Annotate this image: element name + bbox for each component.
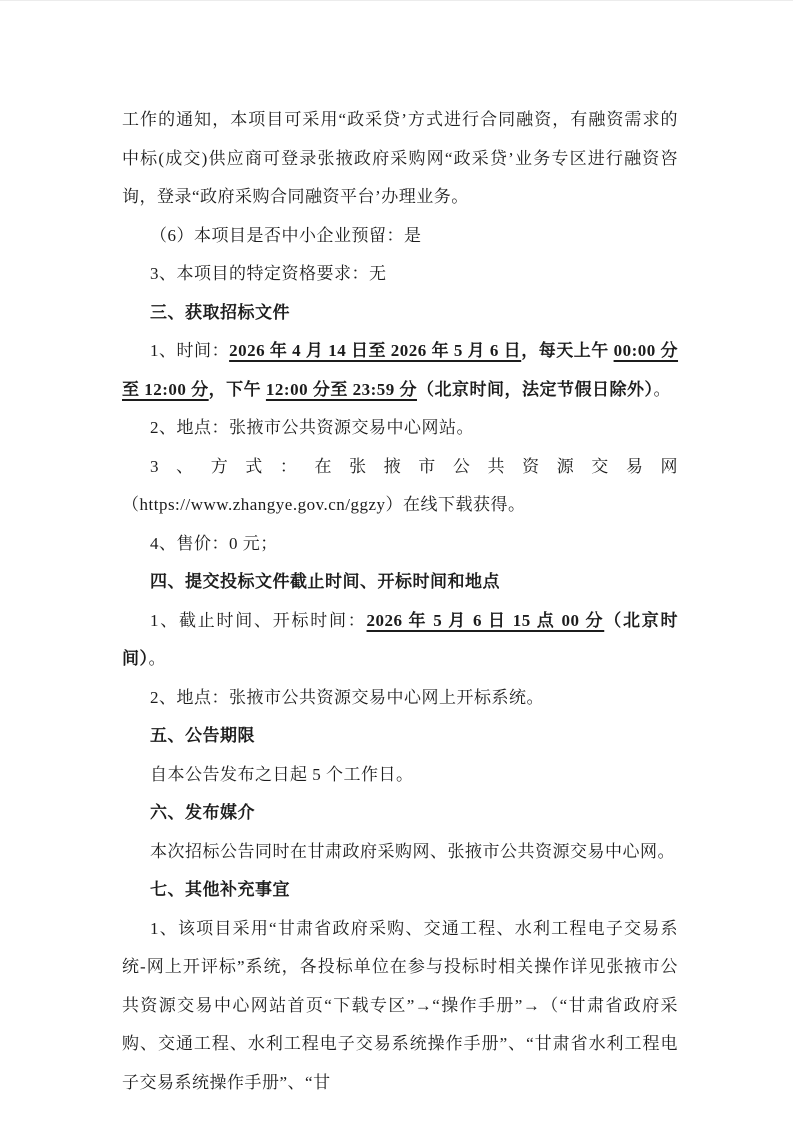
section-heading-announcement-period: 五、公告期限 — [122, 717, 678, 756]
obtain-time-mid1: ，每天上午 — [521, 341, 613, 360]
obtain-time-period: 。 — [654, 380, 672, 399]
paragraph-financing-continuation: 工作的通知，本项目可采用“政采贷’方式进行合同融资，有融资需求的中标(成交)供应… — [122, 101, 678, 217]
paragraph-deadline-time: 1、截止时间、开标时间：2026 年 5 月 6 日 15 点 00 分（北京时… — [122, 602, 678, 679]
section-heading-other-matters: 七、其他补充事宜 — [122, 871, 678, 910]
paragraph-obtain-method: 3、方式：在张掖市公共资源交易网（https://www.zhangye.gov… — [122, 448, 678, 525]
document-body: 工作的通知，本项目可采用“政采贷’方式进行合同融资，有融资需求的中标(成交)供应… — [122, 101, 678, 1102]
paragraph-specific-qualification: 3、本项目的特定资格要求：无 — [122, 255, 678, 294]
paragraph-other-matters: 1、该项目采用“甘肃省政府采购、交通工程、水利工程电子交易系统-网上开评标”系统… — [122, 910, 678, 1103]
deadline-datetime: 2026 年 5 月 6 日 15 点 00 分 — [367, 611, 605, 630]
obtain-time-label: 1、时间： — [150, 341, 229, 360]
obtain-time-mid2: ，下午 — [209, 380, 266, 399]
paragraph-publishing-media: 本次招标公告同时在甘肃政府采购网、张掖市公共资源交易中心网。 — [122, 833, 678, 872]
obtain-date-range: 2026 年 4 月 14 日至 2026 年 5 月 6 日 — [229, 341, 521, 360]
paragraph-document-price: 4、售价：0 元； — [122, 525, 678, 564]
paragraph-obtain-place: 2、地点：张掖市公共资源交易中心网站。 — [122, 409, 678, 448]
paragraph-announcement-period: 自本公告发布之日起 5 个工作日。 — [122, 756, 678, 795]
document-page: 工作的通知，本项目可采用“政采贷’方式进行合同融资，有融资需求的中标(成交)供应… — [0, 0, 793, 1123]
deadline-period: 。 — [149, 649, 167, 668]
paragraph-obtain-time: 1、时间：2026 年 4 月 14 日至 2026 年 5 月 6 日，每天上… — [122, 332, 678, 409]
section-heading-submission-deadline: 四、提交投标文件截止时间、开标时间和地点 — [122, 563, 678, 602]
paragraph-sme-reservation: （6）本项目是否中小企业预留：是 — [122, 217, 678, 256]
section-heading-obtain-bid-documents: 三、获取招标文件 — [122, 294, 678, 333]
section-heading-publishing-media: 六、发布媒介 — [122, 794, 678, 833]
deadline-label: 1、截止时间、开标时间： — [150, 611, 367, 630]
obtain-timezone-note: （北京时间，法定节假日除外） — [417, 380, 654, 399]
obtain-afternoon-hours: 12:00 分至 23:59 分 — [266, 380, 417, 399]
paragraph-bid-opening-place: 2、地点：张掖市公共资源交易中心网上开标系统。 — [122, 679, 678, 718]
